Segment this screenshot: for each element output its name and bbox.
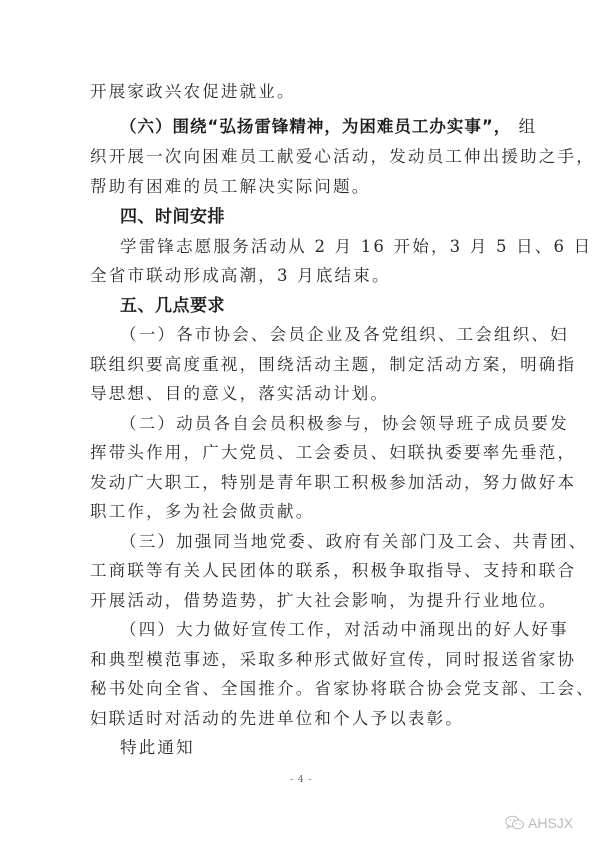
- line-0: 开展家政兴农促进就业。: [90, 81, 518, 103]
- line-tail-text: 组: [511, 117, 537, 136]
- line-2: 织开展一次向困难员工献爱心活动，发动员工伸出援助之手，: [90, 146, 518, 168]
- line-11: （二）动员各自会员积极参与，协会领导班子成员要发: [120, 413, 518, 435]
- line-5: 学雷锋志愿服务活动从 2 月 16 开始，3 月 5 日、6 日: [120, 236, 518, 258]
- document-page: 开展家政兴农促进就业。 （六）围绕“弘扬雷锋精神，为困难员工办实事”， 组 织开…: [0, 0, 600, 847]
- line-9: 联组织要高度重视，围绕活动主题，制定活动方案，明确指: [90, 354, 518, 376]
- line-15: （三）加强同当地党委、政府有关部门及工会、共青团、: [120, 531, 518, 553]
- line-18: （四）大力做好宣传工作，对活动中涌现出的好人好事: [120, 619, 518, 641]
- line-6: 全省市联动形成高潮，3 月底结束。: [90, 265, 518, 287]
- line-14: 职工作，多为社会做贡献。: [90, 501, 518, 523]
- line-17: 开展活动，借势造势，扩大社会影响，为提升行业地位。: [90, 590, 518, 612]
- closing-line: 特此通知: [120, 737, 518, 759]
- watermark: AHSJX: [505, 815, 573, 831]
- page-number: - 4 -: [290, 775, 313, 785]
- bold-lead-text: （六）围绕“弘扬雷锋精神，为困难员工办实事”，: [120, 117, 511, 136]
- line-10: 导思想、目的意义，落实活动计划。: [90, 383, 518, 405]
- line-20: 秘书处向全省、全国推介。省家协将联合协会党支部、工会、: [90, 678, 518, 700]
- line-8: （一）各市协会、会员企业及各党组织、工会组织、妇: [120, 324, 518, 346]
- line-13: 发动广大职工，特别是青年职工积极参加活动，努力做好本: [90, 472, 518, 494]
- line-16: 工商联等有关人民团体的联系，积极争取指导、支持和联合: [90, 560, 518, 582]
- section-heading-schedule: 四、时间安排: [120, 206, 548, 228]
- line-12: 挥带头作用，广大党员、工会委员、妇联执委要率先垂范，: [90, 442, 518, 464]
- section-heading-requirements: 五、几点要求: [120, 295, 548, 317]
- line-1: （六）围绕“弘扬雷锋精神，为困难员工办实事”， 组: [120, 116, 518, 138]
- line-19: 和典型模范事迹，采取多种形式做好宣传，同时报送省家协: [90, 649, 518, 671]
- line-3: 帮助有困难的员工解决实际问题。: [90, 176, 518, 198]
- wechat-icon: [505, 815, 525, 831]
- watermark-text: AHSJX: [528, 815, 573, 831]
- line-21: 妇联适时对活动的先进单位和个人予以表彰。: [90, 708, 518, 730]
